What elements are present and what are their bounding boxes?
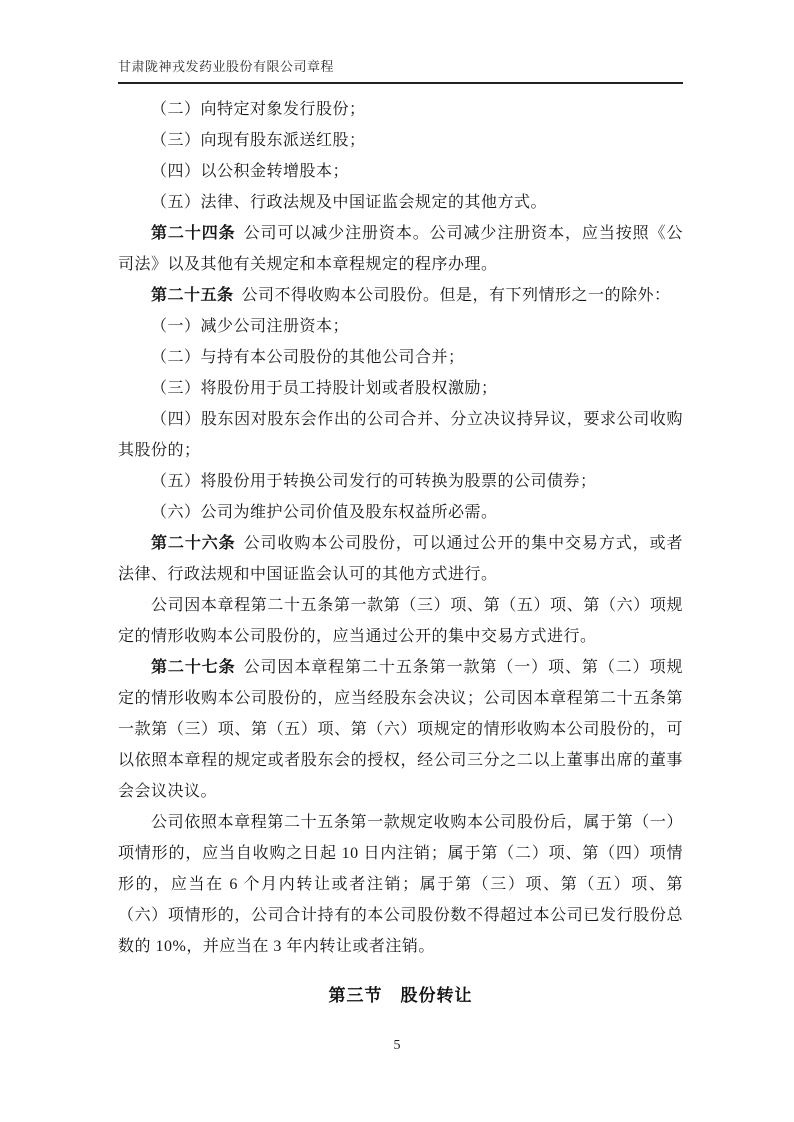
paragraph-text: （二）向特定对象发行股份； [151,101,366,118]
article-number: 第二十四条 [151,225,236,242]
paragraph-text: 公司不得收购本公司股份。但是，有下列情形之一的除外： [242,287,671,304]
paragraph: （二）与持有本公司股份的其他公司合并； [118,342,683,373]
page-number: 5 [0,1038,794,1054]
document-header-title: 甘肃陇神戎发药业股份有限公司章程 [118,59,334,74]
paragraph: （三）向现有股东派送红股； [118,125,683,156]
paragraph-text: （三）将股份用于员工持股计划或者股权激励； [151,380,498,397]
section-heading: 第三节 股份转让 [118,980,683,1011]
document-header: 甘肃陇神戎发药业股份有限公司章程 [118,56,683,84]
document-page: 甘肃陇神戎发药业股份有限公司章程 （二）向特定对象发行股份； （三）向现有股东派… [0,0,794,1122]
article-number: 第二十七条 [151,659,236,676]
paragraph-text: （四）以公积金转增股本； [151,163,349,180]
article-number: 第二十五条 [151,287,234,304]
paragraph-text: 公司因本章程第二十五条第一款第（三）项、第（五）项、第（六）项规定的情形收购本公… [118,597,683,645]
document-body: （二）向特定对象发行股份； （三）向现有股东派送红股； （四）以公积金转增股本；… [118,94,683,1011]
paragraph-text: （二）与持有本公司股份的其他公司合并； [151,349,465,366]
paragraph-text: （五）法律、行政法规及中国证监会规定的其他方式。 [151,194,547,211]
paragraph: 第二十七条公司因本章程第二十五条第一款第（一）项、第（二）项规定的情形收购本公司… [118,652,683,807]
article-number: 第二十六条 [151,535,236,552]
paragraph: （三）将股份用于员工持股计划或者股权激励； [118,373,683,404]
paragraph: （四）股东因对股东会作出的公司合并、分立决议持异议，要求公司收购其股份的； [118,404,683,466]
paragraph-text: （一）减少公司注册资本； [151,318,349,335]
paragraph: （一）减少公司注册资本； [118,311,683,342]
paragraph-text: 公司因本章程第二十五条第一款第（一）项、第（二）项规定的情形收购本公司股份的，应… [118,659,683,800]
paragraph: 第二十五条公司不得收购本公司股份。但是，有下列情形之一的除外： [118,280,683,311]
paragraph-text: 公司依照本章程第二十五条第一款规定收购本公司股份后，属于第（一）项情形的，应当自… [118,814,683,955]
paragraph: 第二十六条公司收购本公司股份，可以通过公开的集中交易方式，或者法律、行政法规和中… [118,528,683,590]
paragraph-text: （三）向现有股东派送红股； [151,132,366,149]
paragraph: 第二十四条公司可以减少注册资本。公司减少注册资本，应当按照《公司法》以及其他有关… [118,218,683,280]
paragraph: （二）向特定对象发行股份； [118,94,683,125]
paragraph: 公司因本章程第二十五条第一款第（三）项、第（五）项、第（六）项规定的情形收购本公… [118,590,683,652]
paragraph-text: （六）公司为维护公司价值及股东权益所必需。 [151,504,498,521]
paragraph: （五）将股份用于转换公司发行的可转换为股票的公司债券； [118,466,683,497]
paragraph: （六）公司为维护公司价值及股东权益所必需。 [118,497,683,528]
paragraph: （五）法律、行政法规及中国证监会规定的其他方式。 [118,187,683,218]
paragraph-text: （四）股东因对股东会作出的公司合并、分立决议持异议，要求公司收购其股份的； [118,411,683,459]
paragraph: 公司依照本章程第二十五条第一款规定收购本公司股份后，属于第（一）项情形的，应当自… [118,807,683,962]
paragraph: （四）以公积金转增股本； [118,156,683,187]
paragraph-text: （五）将股份用于转换公司发行的可转换为股票的公司债券； [151,473,597,490]
